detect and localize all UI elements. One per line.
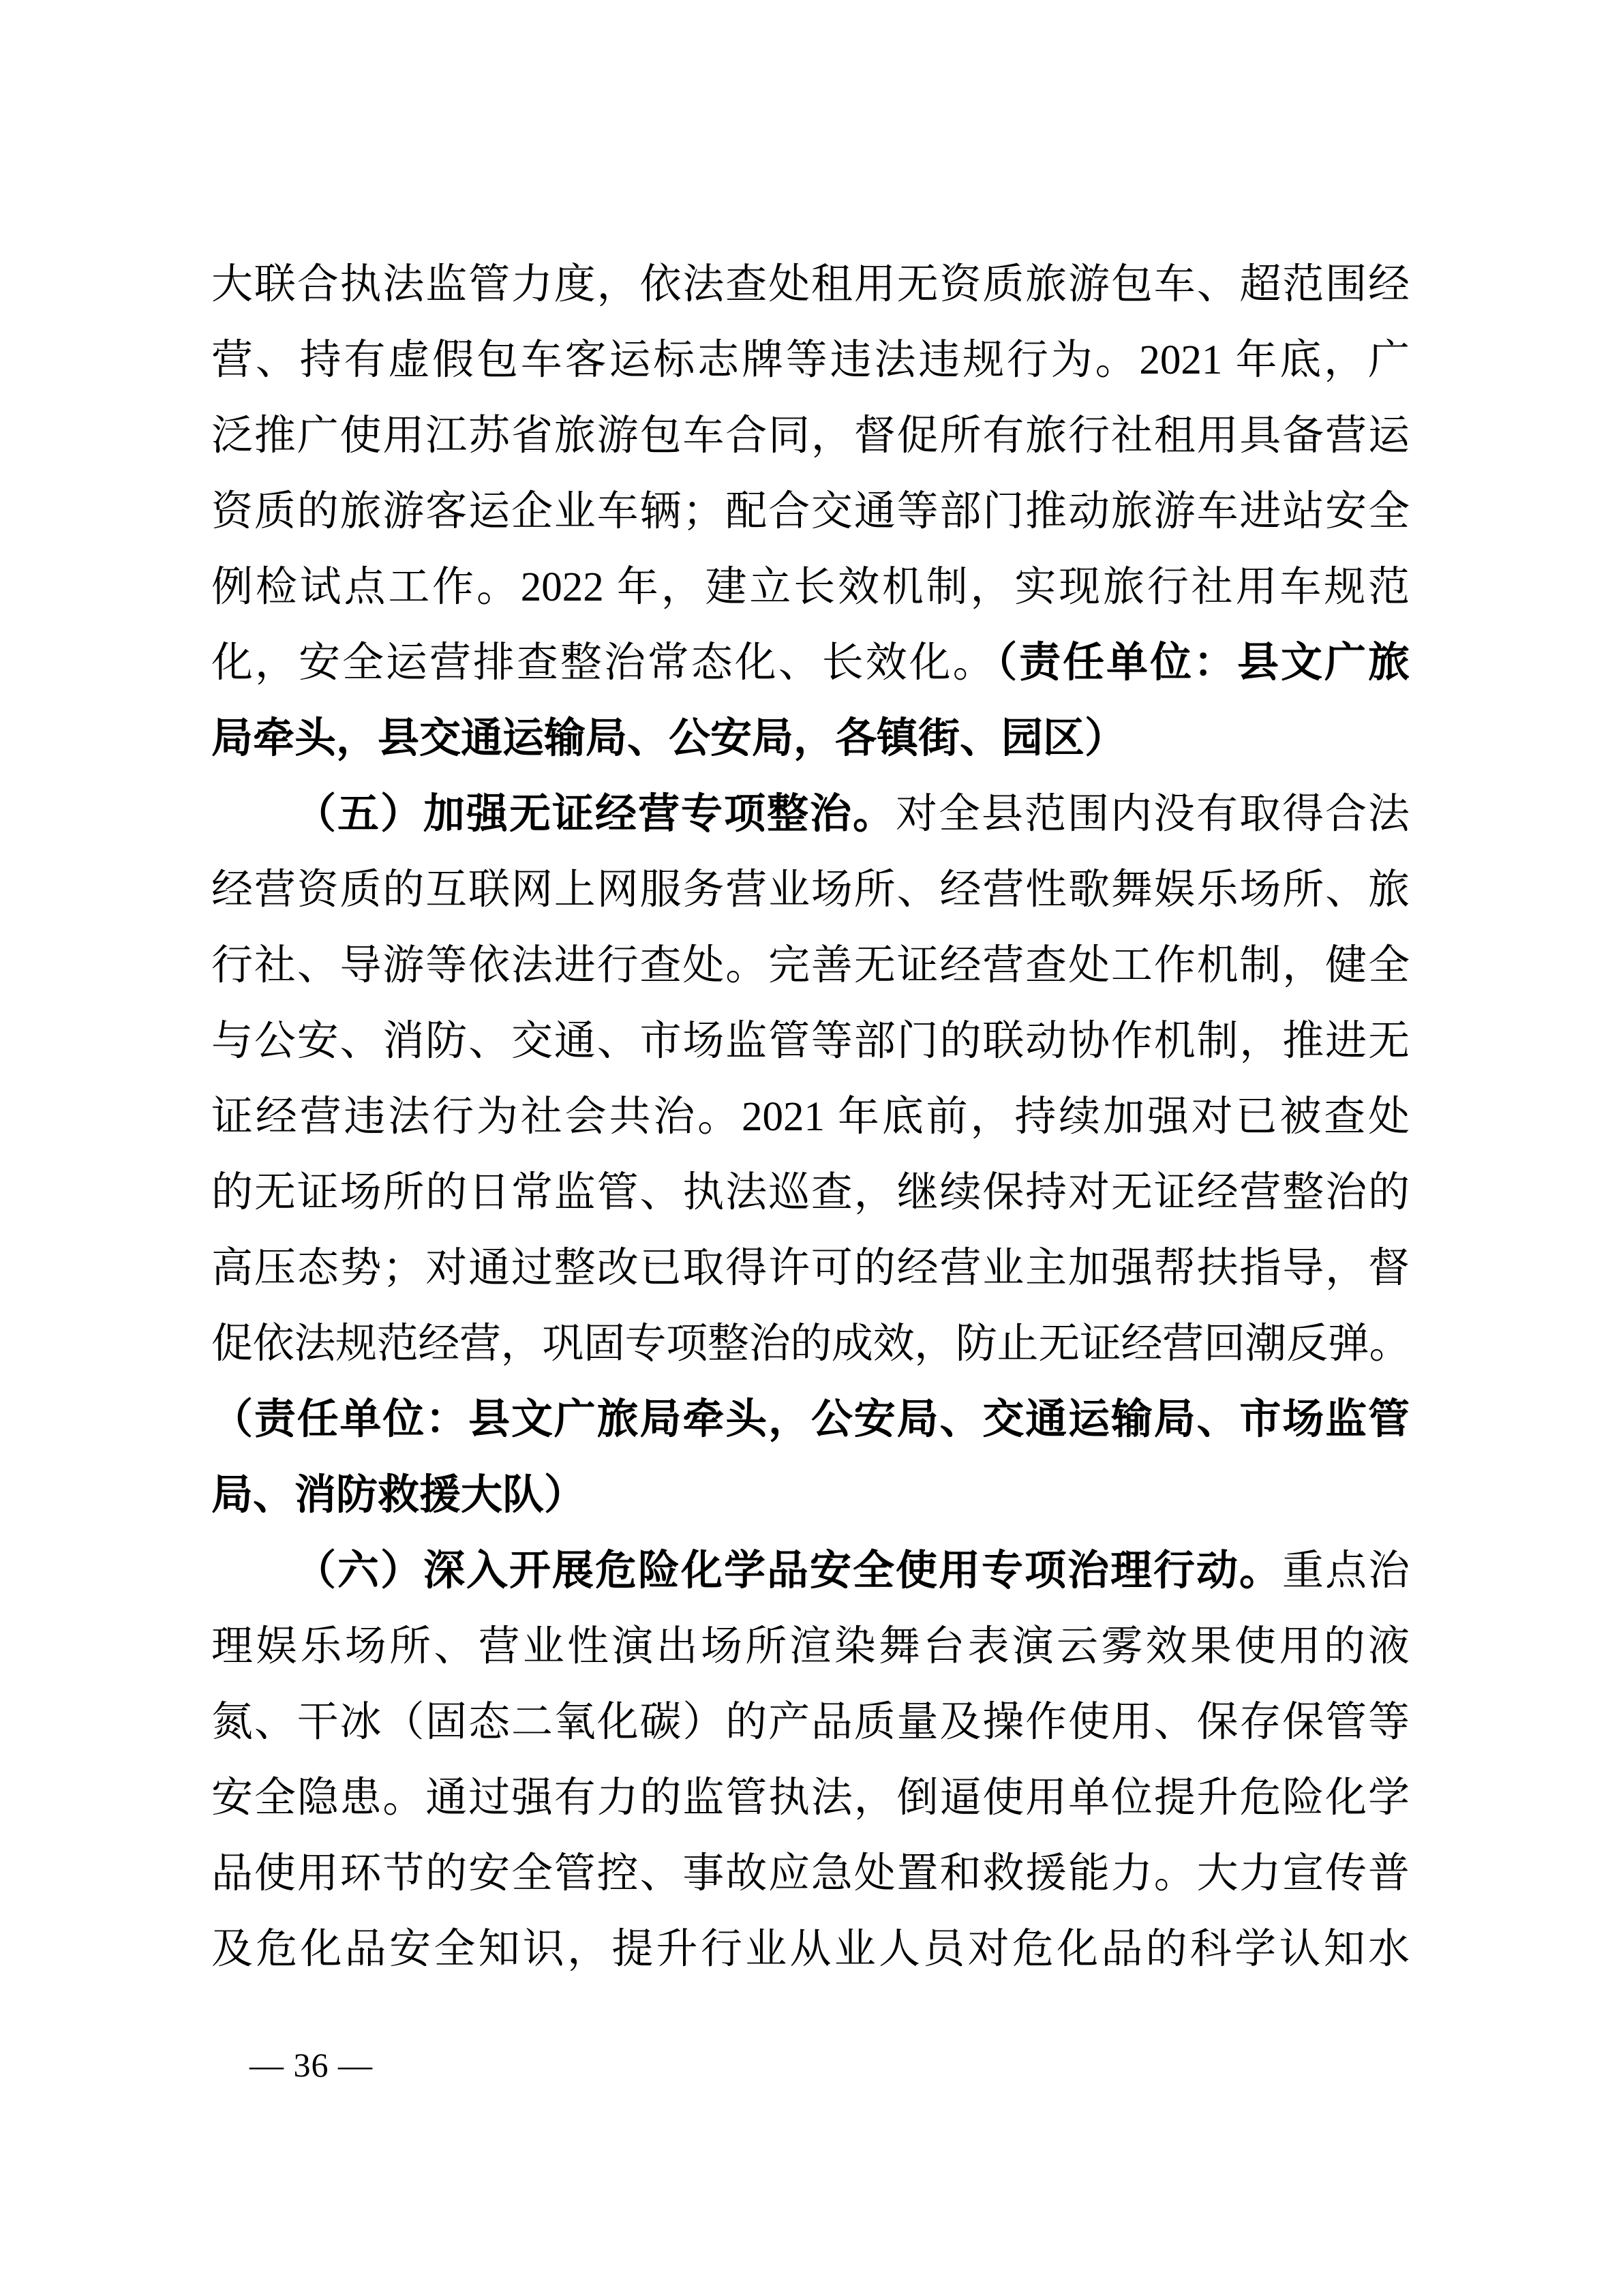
body-text-run: 氮、干冰（固态二氧化碳）的产品质量及操作使用、保存保管等 <box>211 1700 1410 1745</box>
body-text-run: 泛推广使用江苏省旅游包车合同，督促所有旅行社租用具备营运 <box>211 413 1410 459</box>
text-line: 大联合执法监管力度，依法查处租用无资质旅游包车、超范围经 <box>211 247 1410 322</box>
text-line: 促依法规范经营，巩固专项整治的成效，防止无证经营回潮反弹。 <box>211 1306 1410 1382</box>
emphasis-text-run: （责任单位：县文广旅 <box>997 640 1410 686</box>
body-text-run: 及危化品安全知识，提升行业从业人员对危化品的科学认知水 <box>211 1927 1410 1972</box>
text-line: 化，安全运营排查整治常态化、长效化。（责任单位：县文广旅 <box>211 625 1410 701</box>
text-line: 证经营违法行为社会共治。2021 年底前，持续加强对已被查处 <box>211 1079 1410 1155</box>
body-text-run: 高压态势；对通过整改已取得许可的经营业主加强帮扶指导，督 <box>211 1245 1410 1291</box>
body-text-run: 理娱乐场所、营业性演出场所渲染舞台表演云雾效果使用的液 <box>211 1624 1410 1670</box>
emphasis-text-run: 局、消防救援大队） <box>211 1472 586 1518</box>
body-text-run: 营、持有虚假包车客运标志牌等违法违规行为。2021 年底，广 <box>211 337 1410 383</box>
body-text-run: 对全县范围内没有取得合法 <box>896 791 1410 837</box>
body-text-run: 的无证场所的日常监管、执法巡查，继续保持对无证经营整治的 <box>211 1170 1410 1215</box>
text-line: 资质的旅游客运企业车辆；配合交通等部门推动旅游车进站安全 <box>211 474 1410 549</box>
text-line: 理娱乐场所、营业性演出场所渲染舞台表演云雾效果使用的液 <box>211 1609 1410 1685</box>
emphasis-text-run: （五）加强无证经营专项整治。 <box>294 791 896 837</box>
text-line: 例检试点工作。2022 年，建立长效机制，实现旅行社用车规范 <box>211 549 1410 625</box>
emphasis-text-run: （责任单位：县文广旅局牵头，公安局、交通运输局、市场监管 <box>211 1397 1410 1442</box>
body-text-run: 促依法规范经营，巩固专项整治的成效，防止无证经营回潮反弹。 <box>211 1321 1410 1367</box>
emphasis-text-run: 局牵头，县交通运输局、公安局，各镇街、园区） <box>211 716 1126 761</box>
emphasis-text-run: （六）深入开展危险化学品安全使用专项治理行动。 <box>294 1548 1282 1594</box>
text-line: 经营资质的互联网上网服务营业场所、经营性歌舞娱乐场所、旅 <box>211 852 1410 928</box>
text-line: 与公安、消防、交通、市场监管等部门的联动协作机制，推进无 <box>211 1003 1410 1079</box>
text-line: 行社、导游等依法进行查处。完善无证经营查处工作机制，健全 <box>211 928 1410 1003</box>
body-text-run: 大联合执法监管力度，依法查处租用无资质旅游包车、超范围经 <box>211 262 1410 307</box>
text-line: （六）深入开展危险化学品安全使用专项治理行动。重点治 <box>211 1533 1410 1609</box>
document-body: 大联合执法监管力度，依法查处租用无资质旅游包车、超范围经营、持有虚假包车客运标志… <box>211 247 1410 1987</box>
body-text-run: 重点治 <box>1282 1548 1410 1594</box>
text-line: 氮、干冰（固态二氧化碳）的产品质量及操作使用、保存保管等 <box>211 1685 1410 1760</box>
text-line: 高压态势；对通过整改已取得许可的经营业主加强帮扶指导，督 <box>211 1230 1410 1306</box>
text-line: 局牵头，县交通运输局、公安局，各镇街、园区） <box>211 701 1410 776</box>
body-text-run: 资质的旅游客运企业车辆；配合交通等部门推动旅游车进站安全 <box>211 489 1410 534</box>
text-line: 的无证场所的日常监管、执法巡查，继续保持对无证经营整治的 <box>211 1155 1410 1230</box>
body-text-run: 品使用环节的安全管控、事故应急处置和救援能力。大力宣传普 <box>211 1851 1410 1897</box>
text-line: 安全隐患。通过强有力的监管执法，倒逼使用单位提升危险化学 <box>211 1760 1410 1836</box>
body-text-run: 行社、导游等依法进行查处。完善无证经营查处工作机制，健全 <box>211 943 1410 988</box>
text-line: （五）加强无证经营专项整治。对全县范围内没有取得合法 <box>211 776 1410 852</box>
text-line: 局、消防救援大队） <box>211 1457 1410 1533</box>
page-number: — 36 — <box>249 2046 373 2084</box>
text-line: 营、持有虚假包车客运标志牌等违法违规行为。2021 年底，广 <box>211 322 1410 398</box>
text-line: （责任单位：县文广旅局牵头，公安局、交通运输局、市场监管 <box>211 1382 1410 1457</box>
body-text-run: 化，安全运营排查整治常态化、长效化。 <box>211 640 997 686</box>
text-line: 品使用环节的安全管控、事故应急处置和救援能力。大力宣传普 <box>211 1836 1410 1912</box>
body-text-run: 与公安、消防、交通、市场监管等部门的联动协作机制，推进无 <box>211 1018 1410 1064</box>
body-text-run: 安全隐患。通过强有力的监管执法，倒逼使用单位提升危险化学 <box>211 1775 1410 1821</box>
body-text-run: 例检试点工作。2022 年，建立长效机制，实现旅行社用车规范 <box>211 564 1410 610</box>
text-line: 及危化品安全知识，提升行业从业人员对危化品的科学认知水 <box>211 1912 1410 1987</box>
body-text-run: 证经营违法行为社会共治。2021 年底前，持续加强对已被查处 <box>211 1094 1410 1140</box>
body-text-run: 经营资质的互联网上网服务营业场所、经营性歌舞娱乐场所、旅 <box>211 867 1410 913</box>
document-page: 大联合执法监管力度，依法查处租用无资质旅游包车、超范围经营、持有虚假包车客运标志… <box>0 0 1623 2296</box>
text-line: 泛推广使用江苏省旅游包车合同，督促所有旅行社租用具备营运 <box>211 398 1410 474</box>
